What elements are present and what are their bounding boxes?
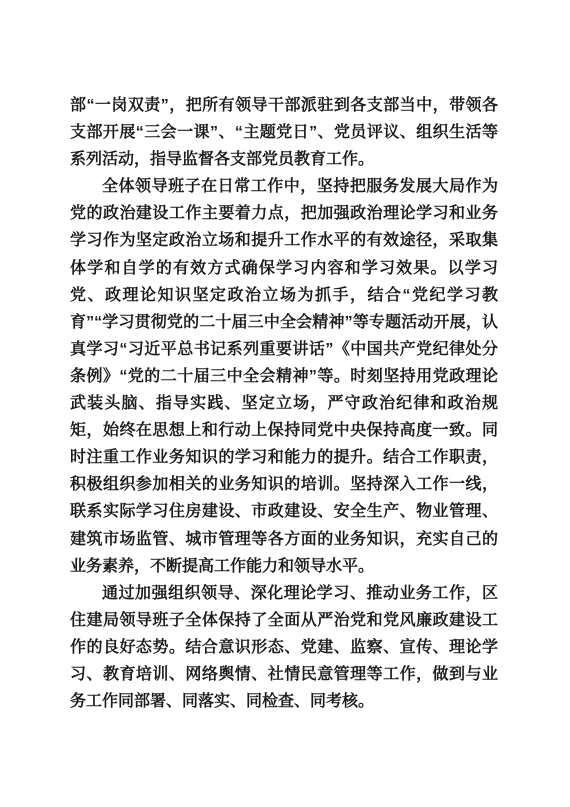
document-body-text: 部“一岗双责”，把所有领导干部派驻到各支部当中，带领各支部开展“三会一课”、“主… [70,92,498,715]
paragraph: 通过加强组织领导、深化理论学习、推动业务工作，区住建局领导班子全体保持了全面从严… [70,580,498,715]
document-page: 部“一岗双责”，把所有领导干部派驻到各支部当中，带领各支部开展“三会一课”、“主… [0,0,570,807]
paragraph: 全体领导班子在日常工作中，坚持把服务发展大局作为党的政治建设工作主要着力点，把加… [70,173,498,579]
paragraph-continuation: 部“一岗双责”，把所有领导干部派驻到各支部当中，带领各支部开展“三会一课”、“主… [70,92,498,173]
